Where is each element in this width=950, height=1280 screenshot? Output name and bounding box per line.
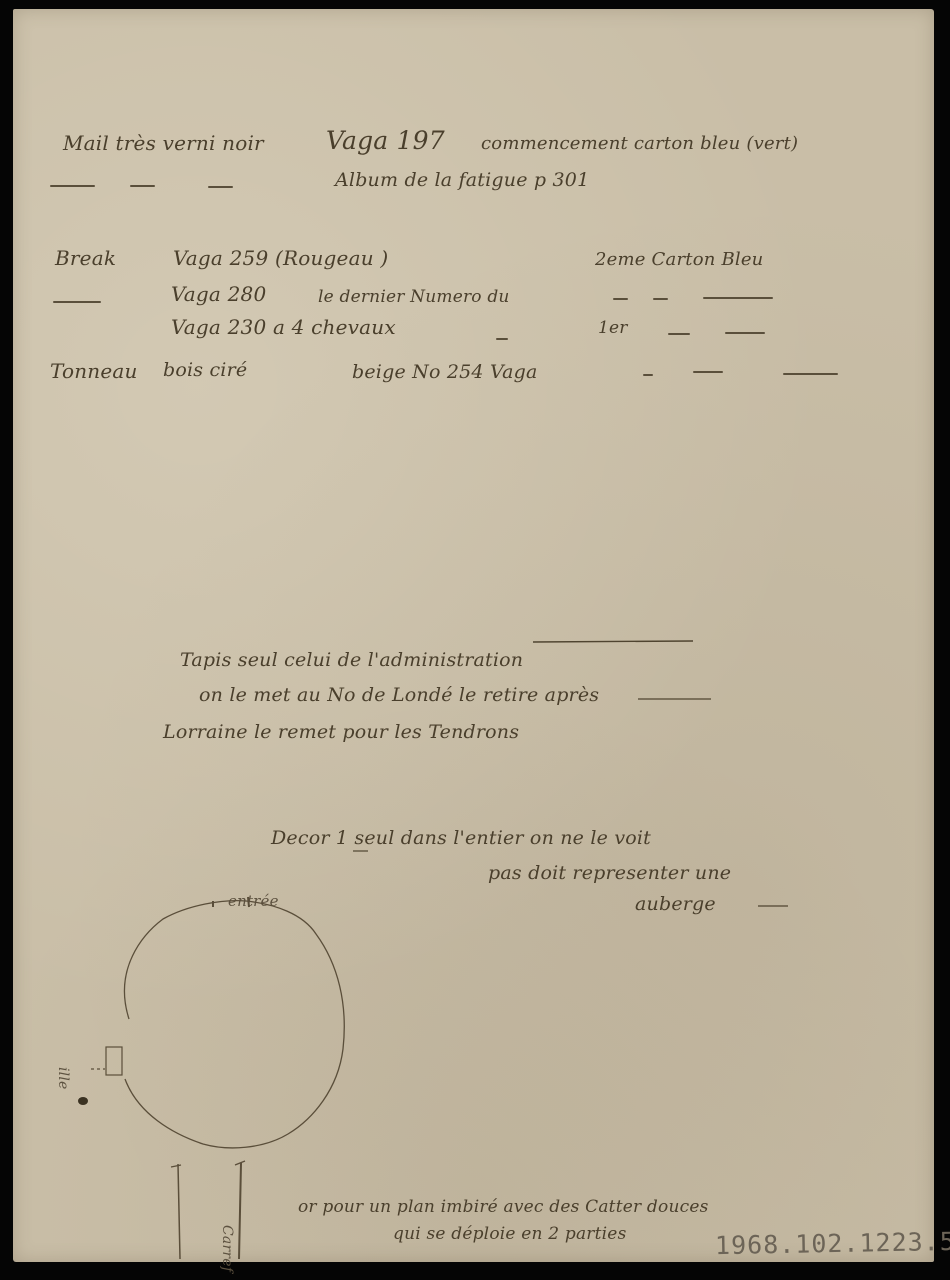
circle-plan-sketch <box>91 897 344 1259</box>
ink-strokes <box>13 9 934 1262</box>
manuscript-page: Mail très verni noir Vaga 197 commenceme… <box>13 9 934 1262</box>
